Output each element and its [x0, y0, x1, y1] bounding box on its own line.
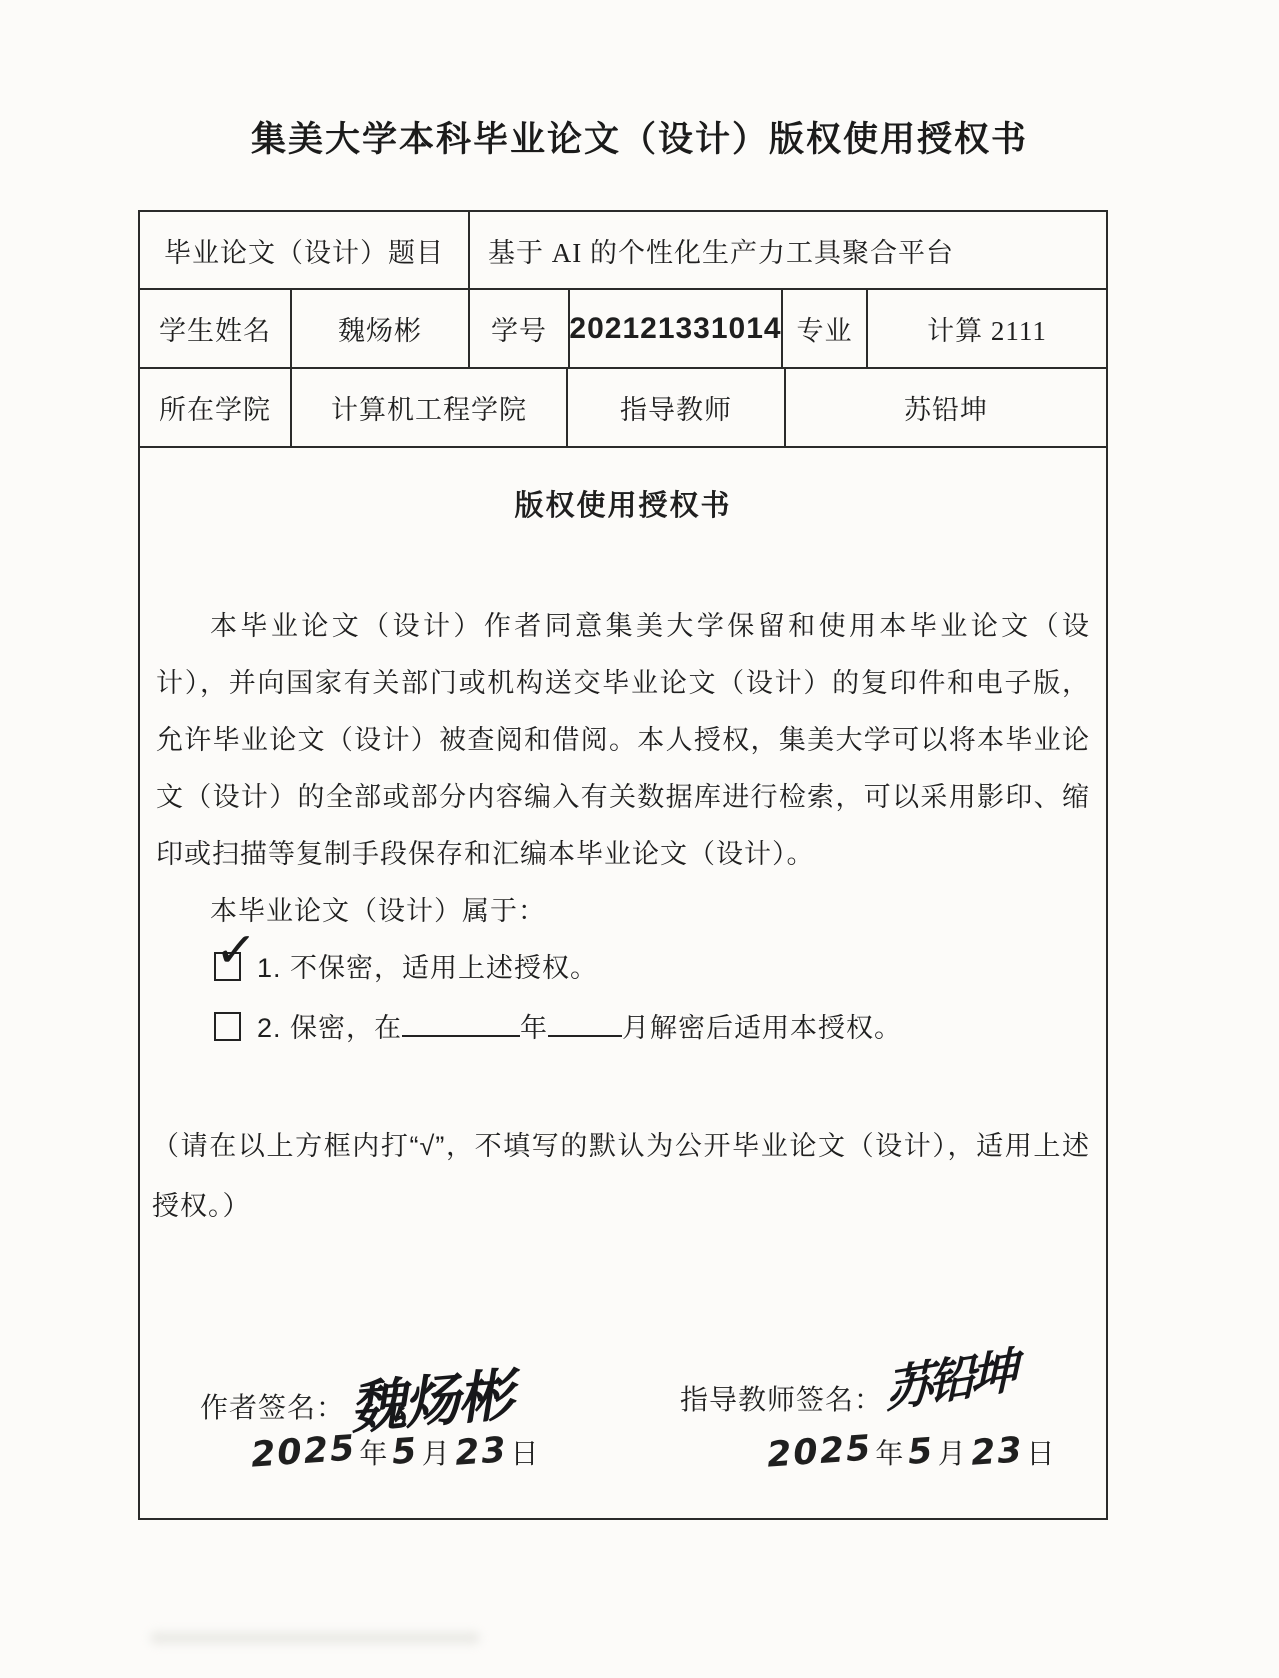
option-1-checkbox-checked: ✓	[214, 952, 241, 981]
checkmark-icon: ✓	[214, 924, 259, 976]
table-row-thesis-title: 毕业论文（设计）题目 基于 AI 的个性化生产力工具聚合平台	[140, 212, 1106, 290]
student-name-label: 学生姓名	[140, 290, 292, 367]
author-date-month-handwritten: 5	[391, 1431, 420, 1473]
author-date-day-handwritten: 23	[453, 1430, 508, 1474]
year-char: 年	[359, 1439, 389, 1470]
month-char: 月	[938, 1439, 968, 1470]
advisor-date-year-handwritten: 2025	[766, 1428, 874, 1475]
thesis-title-label: 毕业论文（设计）题目	[140, 212, 470, 288]
option-2-text-pre: 2. 保密，在	[257, 1013, 402, 1043]
advisor-signature-label: 指导教师签名：	[680, 1385, 883, 1416]
advisor-date-day-handwritten: 23	[969, 1430, 1024, 1474]
year-char: 年	[875, 1439, 905, 1470]
advisor-signature-line: 指导教师签名：苏铅坤	[680, 1354, 1014, 1423]
scan-artifact	[150, 1632, 480, 1644]
major-value: 计算 2111	[868, 290, 1106, 367]
option-2-text-post: 月解密后适用本授权。	[622, 1013, 902, 1043]
student-id-label: 学号	[470, 290, 570, 367]
author-date-line: 2025年5月23日	[248, 1432, 541, 1472]
advisor-value: 苏铅坤	[786, 369, 1106, 446]
month-char: 月	[422, 1439, 452, 1470]
month-blank-field	[548, 997, 622, 1037]
table-row-student: 学生姓名 魏炀彬 学号 202121331014 专业 计算 2111	[140, 290, 1106, 369]
author-signature-line: 作者签名：魏炀彬	[200, 1354, 511, 1434]
belongs-label: 本毕业论文（设计）属于：	[156, 883, 1090, 940]
table-row-college: 所在学院 计算机工程学院 指导教师 苏铅坤	[140, 369, 1106, 448]
day-char: 日	[511, 1439, 541, 1470]
major-label: 专业	[783, 290, 868, 367]
advisor-handwritten-signature: 苏铅坤	[885, 1331, 1014, 1421]
option-1-text: 1. 不保密，适用上述授权。	[257, 953, 598, 983]
authorization-section: 版权使用授权书 本毕业论文（设计）作者同意集美大学保留和使用本毕业论文（设计），…	[140, 448, 1106, 1518]
option-2-row: 2. 保密，在年月解密后适用本授权。	[214, 997, 1094, 1054]
year-blank-field	[402, 997, 520, 1037]
option-2-year-char: 年	[520, 1013, 548, 1043]
author-signature-label: 作者签名：	[200, 1393, 345, 1424]
student-name-value: 魏炀彬	[292, 290, 470, 367]
student-id-value: 202121331014	[570, 290, 783, 367]
advisor-label: 指导教师	[568, 369, 786, 446]
document-title: 集美大学本科毕业论文（设计）版权使用授权书	[0, 112, 1279, 162]
note-paragraph: （请在以上方框内打“√”，不填写的默认为公开毕业论文（设计），适用上述授权。）	[152, 1116, 1090, 1236]
day-char: 日	[1027, 1439, 1057, 1470]
advisor-date-line: 2025年5月23日	[764, 1432, 1057, 1472]
advisor-date-month-handwritten: 5	[907, 1431, 936, 1473]
option-2-checkbox-empty	[214, 1012, 241, 1041]
college-label: 所在学院	[140, 369, 292, 446]
thesis-title-value: 基于 AI 的个性化生产力工具聚合平台	[470, 212, 1106, 288]
signature-block: 作者签名：魏炀彬 2025年5月23日 指导教师签名：苏铅坤 2025年5月23…	[152, 1348, 1094, 1518]
scanned-document-page: 集美大学本科毕业论文（设计）版权使用授权书 毕业论文（设计）题目 基于 AI 的…	[0, 0, 1279, 1678]
college-value: 计算机工程学院	[292, 369, 568, 446]
info-table: 毕业论文（设计）题目 基于 AI 的个性化生产力工具聚合平台 学生姓名 魏炀彬 …	[138, 210, 1108, 1520]
option-1-row: ✓1. 不保密，适用上述授权。	[214, 940, 1094, 997]
authorization-paragraph: 本毕业论文（设计）作者同意集美大学保留和使用本毕业论文（设计），并向国家有关部门…	[156, 598, 1090, 883]
author-date-year-handwritten: 2025	[250, 1428, 358, 1475]
authorization-heading: 版权使用授权书	[152, 486, 1094, 526]
